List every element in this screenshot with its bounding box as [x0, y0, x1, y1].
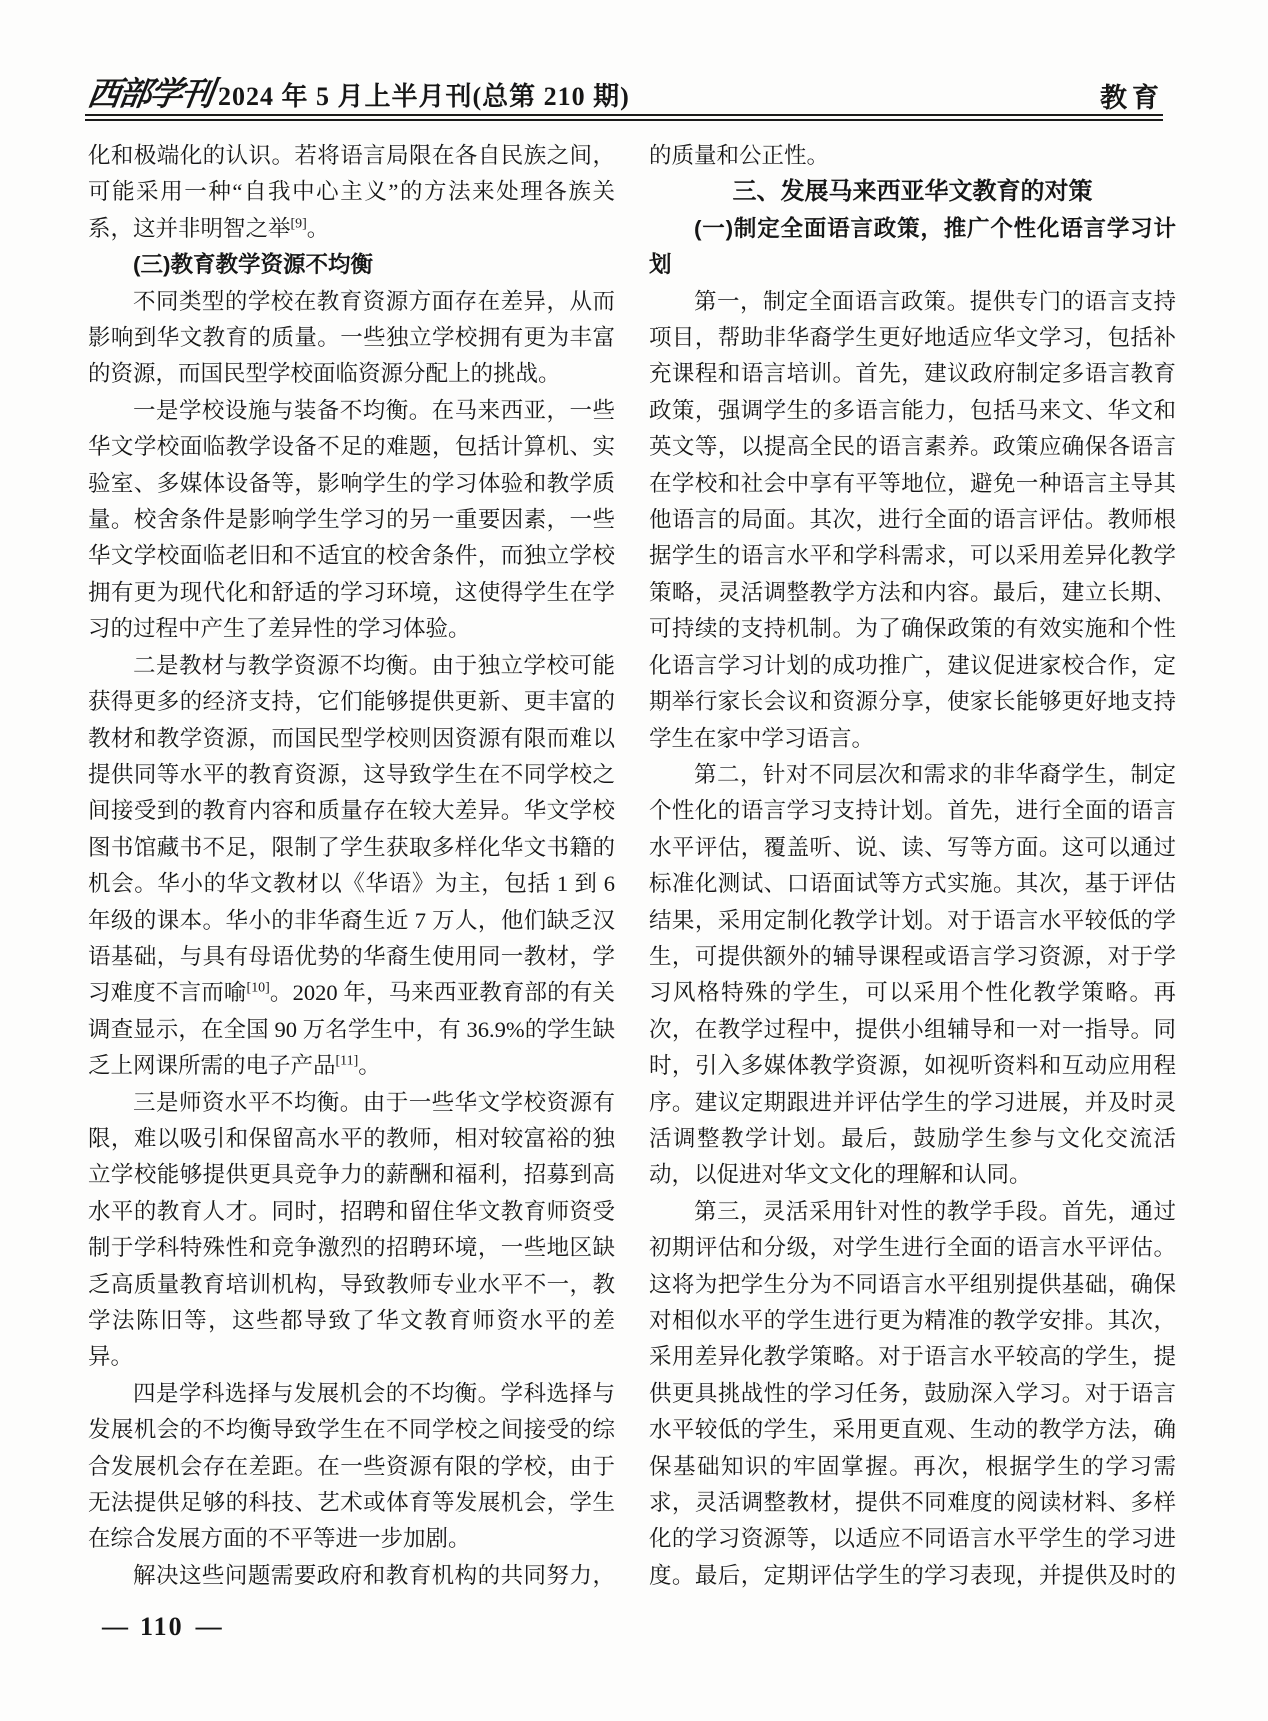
- issue-info: 2024 年 5 月上半月刊(总第 210 期): [218, 76, 630, 113]
- article-body: 化和极端化的认识。若将语言局限在各自民族之间，可能采用一种“自我中心主义”的方法…: [88, 138, 1176, 1598]
- page-number: 110: [140, 1612, 184, 1642]
- paragraph: 四是学科选择与发展机会的不均衡。学科选择与发展机会的不均衡导致学生在不同学校之间…: [88, 1376, 615, 1558]
- paragraph: 一是学校设施与装备不均衡。在马来西亚，一些华文学校面临教学设备不足的难题，包括计…: [88, 393, 615, 648]
- journal-page: 西部学刊 2024 年 5 月上半月刊(总第 210 期) 教育 化和极端化的认…: [0, 0, 1268, 1721]
- journal-logo: 西部学刊: [85, 68, 216, 115]
- reference-marker: [11]: [336, 1054, 359, 1069]
- paragraph: (三)教育教学资源不均衡: [88, 247, 615, 283]
- page-header: 西部学刊 2024 年 5 月上半月刊(总第 210 期) 教育: [88, 68, 1164, 115]
- paragraph: 三、发展马来西亚华文教育的对策: [649, 174, 1176, 210]
- header-rule: [85, 114, 1163, 121]
- footer-dash-left: —: [102, 1612, 128, 1642]
- paragraph: 化和极端化的认识。若将语言局限在各自民族之间，可能采用一种“自我中心主义”的方法…: [88, 138, 615, 247]
- paragraph: 的质量和公正性。: [649, 138, 1176, 174]
- section-label: 教育: [1100, 76, 1164, 115]
- paragraph: 三是师资水平不均衡。由于一些华文学校资源有限，难以吸引和保留高水平的教师，相对较…: [88, 1085, 615, 1376]
- paragraph: 不同类型的学校在教育资源方面存在差异，从而影响到华文教育的质量。一些独立学校拥有…: [88, 284, 615, 393]
- paragraph: 解决这些问题需要政府和教育机构的共同努力，确保教育资源的公平分配，以提升整个华文…: [88, 1558, 615, 1598]
- journal-title-block: 西部学刊 2024 年 5 月上半月刊(总第 210 期): [88, 68, 630, 115]
- paragraph: 第三，灵活采用针对性的教学手段。首先，通过初期评估和分级，对学生进行全面的语言水…: [649, 1194, 1176, 1598]
- page-footer: — 110 —: [102, 1612, 222, 1642]
- paragraph: 第一，制定全面语言政策。提供专门的语言支持项目，帮助非华裔学生更好地适应华文学习…: [649, 284, 1176, 757]
- paragraph: 第二，针对不同层次和需求的非华裔学生，制定个性化的语言学习支持计划。首先，进行全…: [649, 757, 1176, 1194]
- paragraph: (一)制定全面语言政策，推广个性化语言学习计划: [649, 211, 1176, 284]
- left-column: 化和极端化的认识。若将语言局限在各自民族之间，可能采用一种“自我中心主义”的方法…: [88, 138, 615, 1598]
- reference-marker: [10]: [247, 981, 270, 996]
- reference-marker: [9]: [291, 216, 307, 231]
- footer-dash-right: —: [196, 1612, 222, 1642]
- paragraph: 二是教材与教学资源不均衡。由于独立学校可能获得更多的经济支持，它们能够提供更新、…: [88, 648, 615, 1085]
- right-column: 的质量和公正性。三、发展马来西亚华文教育的对策(一)制定全面语言政策，推广个性化…: [649, 138, 1176, 1598]
